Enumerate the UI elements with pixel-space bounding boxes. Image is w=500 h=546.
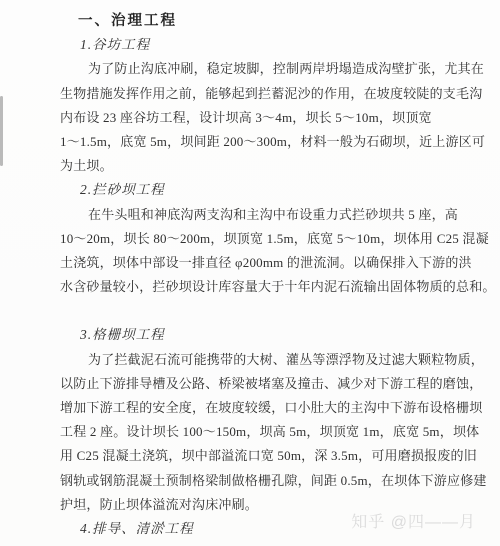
paragraph-line: 钢轨或钢筋混凝土预制格梁制做格栅孔隙，间距 0.5m，在坝体下游应修建 [60, 469, 460, 493]
page-title: 一、治理工程 [78, 9, 460, 33]
paragraph-line: 以防止下游排导槽及公路、桥梁被堵塞及撞击、减少对下游工程的磨蚀， [60, 372, 460, 396]
paragraph-line: 水含砂量较小，拦砂坝设计库容量大于十年内泥石流输出固体物质的总和。 [60, 275, 460, 299]
paragraph-line: 在牛头咀和神底沟两支沟和主沟中布设重力式拦砂坝共 5 座，高 [60, 203, 460, 227]
paragraph-line: 为土坝。 [60, 154, 460, 178]
section-gufang-gongcheng: 1.谷坊工程 为了防止沟底冲刷，稳定坡脚，控制两岸坍塌造成沟壁扩张，尤其在 生物… [60, 33, 460, 178]
zhihu-watermark: 知乎 @四——月 [351, 509, 476, 532]
paragraph-line: 用 C25 混凝土浇筑，坝中部溢流口宽 50m，深 3.5m，可用磨损报废的旧 [60, 444, 460, 468]
paragraph-line: 内布设 23 座谷坊工程，设计坝高 3～4m，坝长 5～10m，坝顶宽 [60, 106, 460, 130]
paragraph-line: 增加下游工程的安全度，在坡度较缓，口小肚大的主沟中下游布设格栅坝 [60, 396, 460, 420]
scan-artifact [0, 96, 3, 166]
paragraph-line: 生物措施发挥作用之前，能够起到拦蓄泥沙的作用，在坡度较陡的支毛沟 [60, 82, 460, 106]
section-geshanba-gongcheng: 3.格栅坝工程 为了拦截泥石流可能携带的大树、灌丛等漂浮物及过滤大颗粒物质， 以… [60, 323, 460, 517]
paragraph-line: 为了拦截泥石流可能携带的大树、灌丛等漂浮物及过滤大颗粒物质， [60, 348, 460, 372]
paragraph-line: 1～1.5m，底宽 5m，坝间距 200～300m，材料一般为石砌坝，近上游区可 [60, 130, 460, 154]
paragraph-line: 工程 2 座。设计坝长 100～150m，坝高 5m，坝顶宽 1m，底宽 5m，… [60, 420, 460, 444]
paragraph-line: 土浇筑，坝体中部设一排直径 φ200mm 的泄流洞。以确保排入下游的洪 [60, 251, 460, 275]
document-page: 一、治理工程 1.谷坊工程 为了防止沟底冲刷，稳定坡脚，控制两岸坍塌造成沟壁扩张… [0, 0, 500, 546]
section-heading: 3.格栅坝工程 [80, 323, 460, 347]
paragraph-line: 10～20m，坝长 80～200m，坝顶宽 1.5m，底宽 5～10m，坝体用 … [60, 227, 460, 251]
section-lanshaba-gongcheng: 2.拦砂坝工程 在牛头咀和神底沟两支沟和主沟中布设重力式拦砂坝共 5 座，高 1… [60, 178, 460, 299]
paragraph-line: 为了防止沟底冲刷，稳定坡脚，控制两岸坍塌造成沟壁扩张，尤其在 [60, 57, 460, 81]
section-heading: 1.谷坊工程 [80, 33, 460, 57]
section-heading: 2.拦砂坝工程 [80, 178, 460, 202]
document-body: 一、治理工程 1.谷坊工程 为了防止沟底冲刷，稳定坡脚，控制两岸坍塌造成沟壁扩张… [0, 0, 500, 541]
